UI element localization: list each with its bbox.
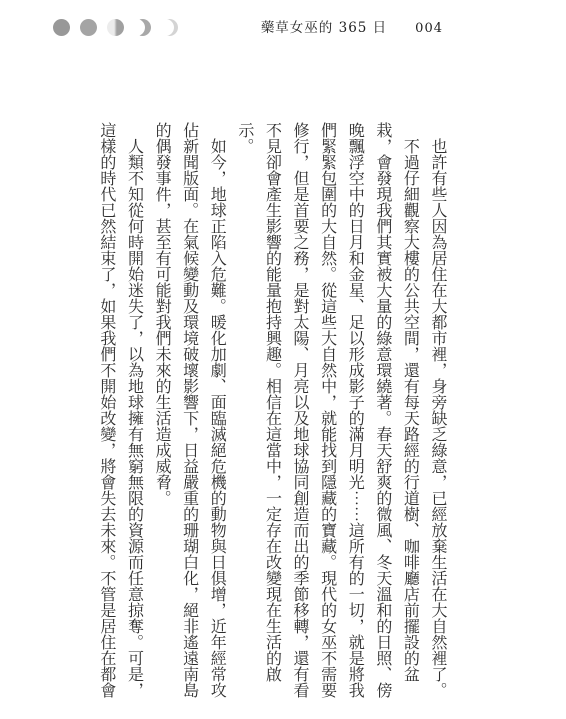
book-title: 藥草女巫的 365 日 [261,16,387,36]
running-head: 藥草女巫的 365 日 004 [261,16,443,36]
page-number: 004 [415,21,443,36]
paragraph: 人類不知從何時開始迷失了，以為地球擁有無窮無限的資源而任意掠奪。可是，這樣的時代… [92,122,148,712]
waning-crescent-moon-icon [134,19,151,36]
last-quarter-moon-icon [107,19,124,36]
waning-gibbous-moon-icon [80,19,97,36]
paragraph: 也許有些人因為居住在大都市裡，身旁缺乏綠意，已經放棄生活在大自然裡了。 [424,122,452,712]
full-moon-icon [53,19,70,36]
page-body-text: 也許有些人因為居住在大都市裡，身旁缺乏綠意，已經放棄生活在大自然裡了。 不過仔細… [92,122,452,712]
paragraph: 不過仔細觀察大樓的公共空間，還有每天路經的行道樹、咖啡廳店前擺設的盆栽，會發現我… [231,122,424,712]
paragraph: 如今，地球正陷入危難。暖化加劇、面臨滅絕危機的動物與日俱增，近年經常攻佔新聞版面… [148,122,231,712]
thin-crescent-moon-icon [161,19,178,36]
moon-phase-row [53,19,178,36]
